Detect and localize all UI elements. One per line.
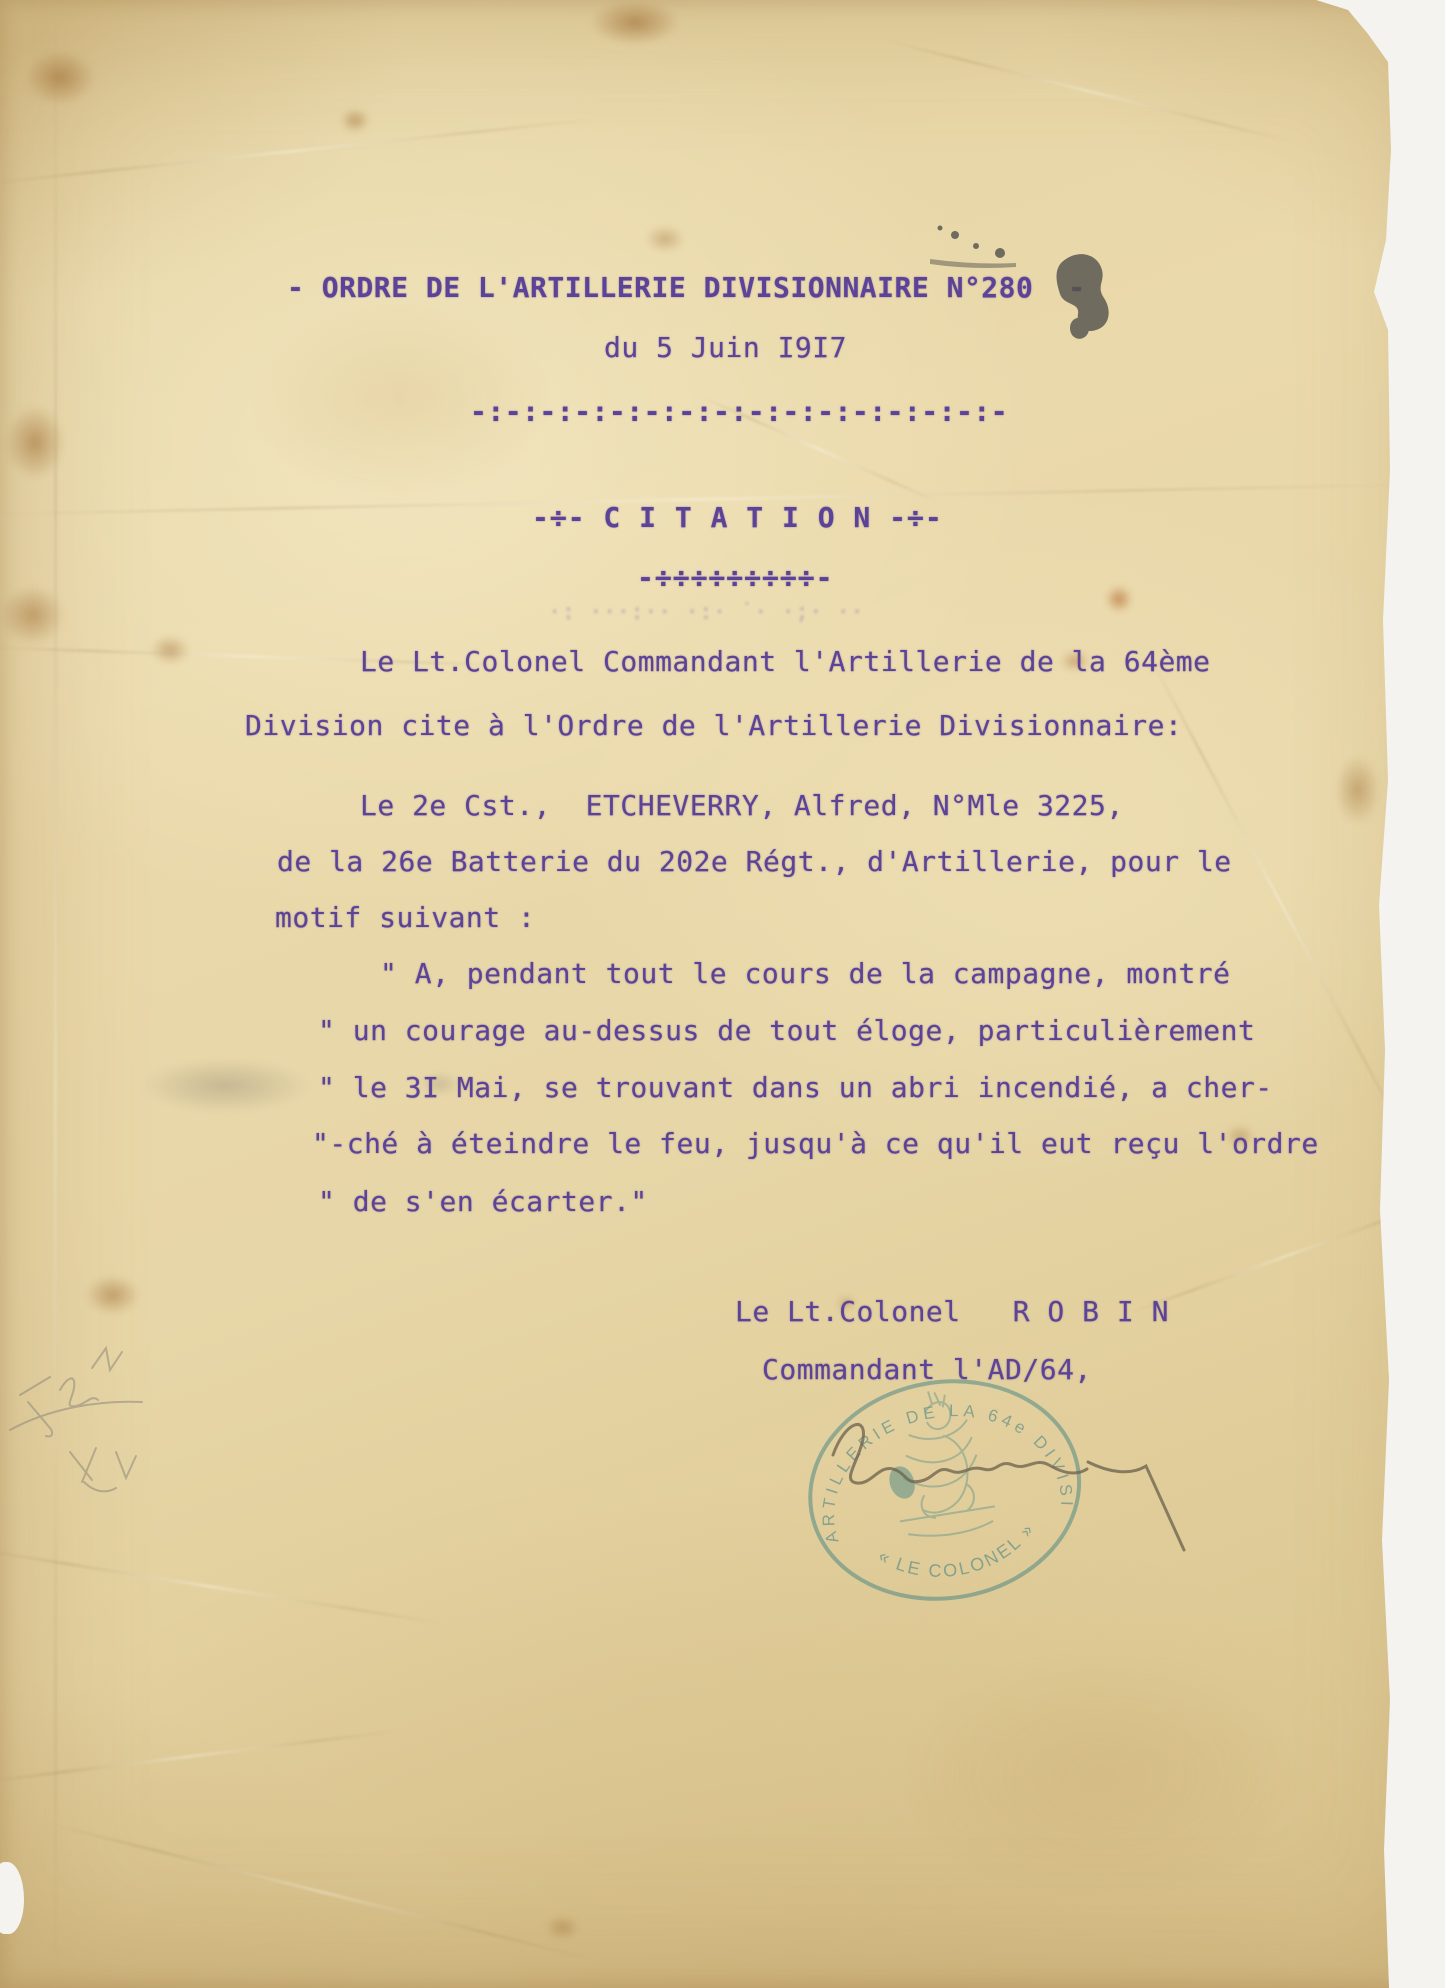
citation-text-line: "-ché à éteindre le feu, jusqu'à ce qu'i… bbox=[312, 1130, 1319, 1158]
paper-crease bbox=[0, 1547, 447, 1625]
citation-ornament: -÷÷÷÷÷÷÷÷÷- bbox=[637, 564, 833, 592]
ghost-impression: ·: ···:·· ·:· ˙· ·;· ·· bbox=[548, 602, 864, 624]
stamp-ink-blob bbox=[887, 1464, 916, 1500]
citation-text-line: " un courage au-dessus de tout éloge, pa… bbox=[318, 1017, 1255, 1045]
intro-line: Le Lt.Colonel Commandant l'Artillerie de… bbox=[360, 648, 1211, 676]
foxing-stain bbox=[5, 405, 65, 480]
foxing-stain bbox=[85, 1275, 140, 1315]
soldier-line: Le 2e Cst., ETCHEVERRY, Alfred, N°Mle 32… bbox=[360, 792, 1124, 820]
soldier-line: motif suivant : bbox=[275, 904, 535, 932]
foxing-stain bbox=[645, 225, 685, 253]
paper-sheet: - ORDRE DE L'ARTILLERIE DIVISIONNAIRE N°… bbox=[0, 0, 1445, 1988]
date-line: du 5 Juin I9I7 bbox=[604, 334, 847, 362]
grey-smudge bbox=[140, 1058, 310, 1113]
scanned-document-photo: - ORDRE DE L'ARTILLERIE DIVISIONNAIRE N°… bbox=[0, 0, 1445, 1988]
soldier-line: de la 26e Batterie du 202e Régt., d'Arti… bbox=[277, 848, 1232, 876]
paper-crease bbox=[886, 39, 1294, 144]
official-stamp: ARTILLERIE DE LA 64e DIVISION « LE COLON… bbox=[783, 1351, 1107, 1633]
foxing-stain bbox=[150, 635, 190, 665]
foxing-stain bbox=[590, 0, 680, 45]
foxing-stain bbox=[545, 1915, 580, 1940]
foxing-stain bbox=[340, 108, 370, 133]
document-title: - ORDRE DE L'ARTILLERIE DIVISIONNAIRE N°… bbox=[287, 274, 1085, 302]
paper-fold-line bbox=[54, 0, 57, 1988]
paper-crease bbox=[48, 1822, 592, 1960]
paper-tear bbox=[0, 1862, 24, 1934]
foxing-stain bbox=[1105, 585, 1133, 613]
citation-text-line: " le 3I Mai, se trouvant dans un abri in… bbox=[318, 1074, 1273, 1102]
paper-crease bbox=[0, 1729, 399, 1783]
citation-text-line: " A, pendant tout le cours de la campagn… bbox=[380, 960, 1231, 988]
citation-text-line: " de s'en écarter." bbox=[318, 1188, 648, 1216]
signature-role-line: Le Lt.Colonel R O B I N bbox=[735, 1298, 1169, 1326]
intro-line: Division cite à l'Ordre de l'Artillerie … bbox=[245, 712, 1182, 740]
citation-heading: -÷- C I T A T I O N -÷- bbox=[532, 504, 943, 532]
paper-crease bbox=[0, 118, 598, 186]
stamp-arc-bottom-text: « LE COLONEL » bbox=[872, 1516, 1044, 1592]
paper-crease bbox=[1129, 1199, 1440, 1315]
age-patch bbox=[900, 1650, 1300, 1900]
separator-line: -:-:-:-:-:-:-:-:-:-:-:-:-:-:-:- bbox=[470, 398, 1008, 426]
foxing-stain bbox=[1335, 755, 1380, 825]
foxing-stain bbox=[25, 50, 95, 105]
foxing-stain bbox=[0, 585, 65, 645]
